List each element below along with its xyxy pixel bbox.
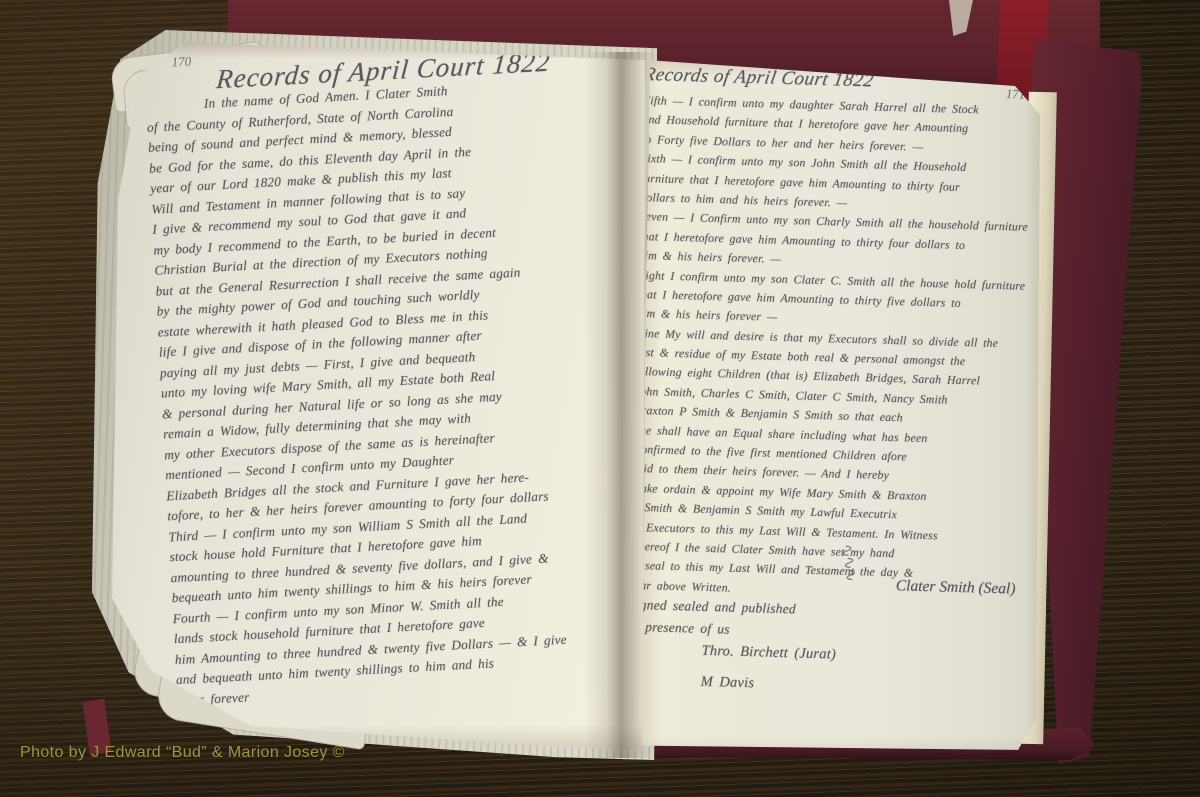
- photo-scene: 170 Records of April Court 1822 In the n…: [0, 0, 1200, 797]
- photo-watermark: Photo by J Edward “Bud” & Marion Josey ©: [20, 744, 345, 762]
- right-page: 171 Records of April Court 1822 Fifth — …: [630, 48, 1050, 765]
- left-page-lines: In the name of God Amen. I Clater Smitho…: [146, 74, 656, 713]
- left-page-content: 170 Records of April Court 1822 In the n…: [143, 25, 655, 713]
- witness-signatures: Thro. Birchett (Jurat)M Davis: [626, 641, 1016, 714]
- right-page-lines: Fifth — I confirm unto my daughter Sarah…: [629, 93, 1031, 608]
- right-page-content: 171 Records of April Court 1822 Fifth — …: [626, 64, 1032, 714]
- left-page: 170 Records of April Court 1822 In the n…: [105, 38, 650, 753]
- testator-signature: Clater Smith (Seal): [896, 577, 1016, 598]
